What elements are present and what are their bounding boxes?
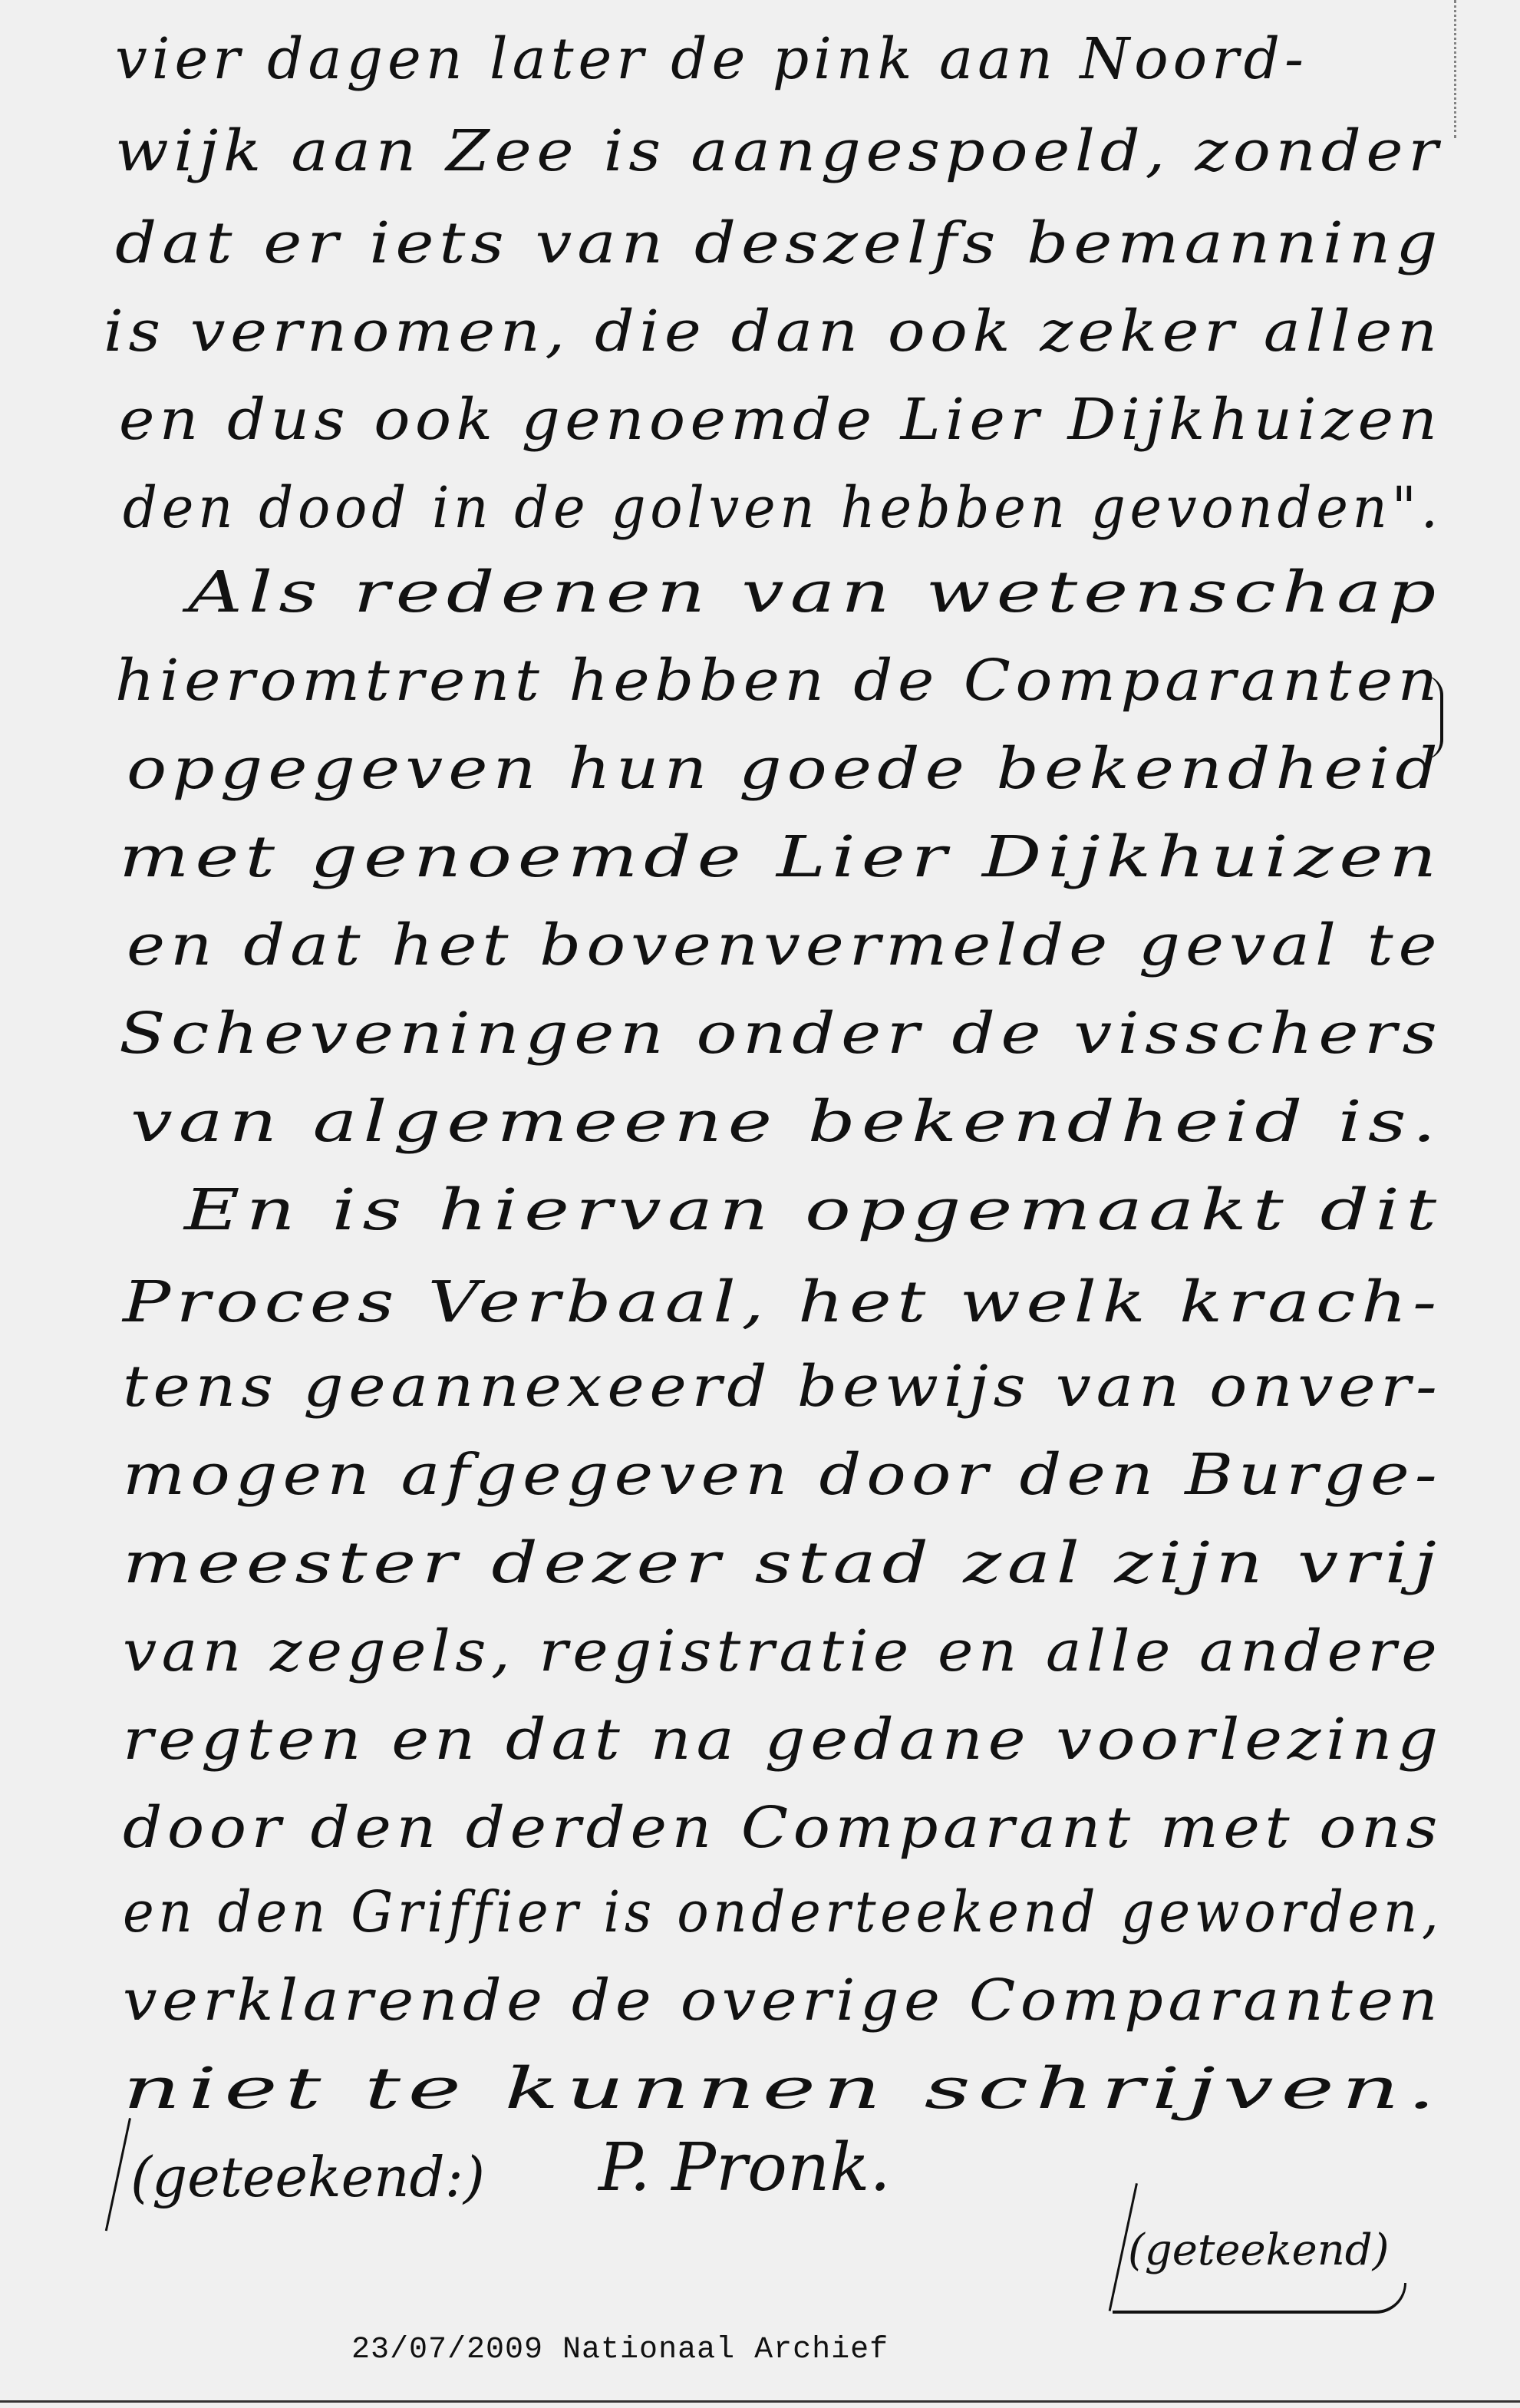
signature-left-name: P. Pronk. (598, 2129, 891, 2206)
handwritten-line-17: mogen afgegeven door den Burge- (123, 1446, 1443, 1503)
scan-margin-noise (1454, 0, 1459, 138)
scanned-document-page: vier dagen later de pink aan Noord- wijk… (0, 0, 1520, 2408)
signature-left-label: (geteekend:) (130, 2145, 485, 2209)
handwritten-line-21: door den derden Comparant met ons (123, 1799, 1443, 1856)
handwritten-line-8: hieromtrent hebben de Comparanten (115, 652, 1443, 709)
signature-slash-left (105, 2118, 131, 2231)
handwritten-line-12: Scheveningen onder de visschers (119, 1005, 1443, 1062)
handwritten-line-7: Als redenen van wetenschap (188, 564, 1442, 621)
handwritten-line-13: van algemeene bekendheid is. (130, 1093, 1442, 1150)
handwritten-line-5: en dus ook genoemde Lier Dijkhuizen (119, 391, 1442, 448)
handwritten-line-15: Proces Verbaal, het welk krach- (123, 1274, 1443, 1331)
handwritten-line-3: dat er iets van deszelfs bemanning (115, 215, 1443, 272)
handwritten-line-22: en den Griffier is onderteekend geworden… (123, 1884, 1443, 1941)
handwritten-line-4: is vernomen, die dan ook zeker allen (104, 303, 1443, 360)
handwritten-line-9: opgegeven hun goede bekendheid (127, 741, 1443, 797)
archive-stamp: 23/07/2009 Nationaal Archief (351, 2333, 889, 2367)
handwritten-line-10: met genoemde Lier Dijkhuizen (119, 829, 1443, 886)
page-bottom-edge (0, 2400, 1520, 2403)
handwritten-line-11: en dat het bovenvermelde geval te (127, 917, 1443, 974)
handwritten-line-2: wijk aan Zee is aangespoeld, zonder (115, 123, 1443, 180)
handwritten-line-23: verklarende de overige Comparanten (123, 1972, 1443, 2029)
handwritten-line-19: van zegels, registratie en alle andere (123, 1623, 1442, 1680)
handwritten-line-20: regten en dat na gedane voorlezing (123, 1711, 1443, 1768)
handwritten-line-18: meester dezer stad zal zijn vrij (123, 1535, 1443, 1592)
handwritten-line-16: tens geannexeerd bewijs van onver- (123, 1358, 1442, 1415)
handwritten-line-14: En is hiervan opgemaakt dit (184, 1182, 1443, 1239)
handwritten-line-24: niet te kunnen schrijven. (123, 2060, 1443, 2117)
signature-flourish (1113, 2283, 1406, 2314)
handwritten-line-6: den dood in de golven hebben gevonden". (123, 480, 1443, 536)
handwritten-line-1: vier dagen later de pink aan Noord- (115, 31, 1443, 87)
signature-right-label: (geteekend) (1128, 2225, 1389, 2275)
